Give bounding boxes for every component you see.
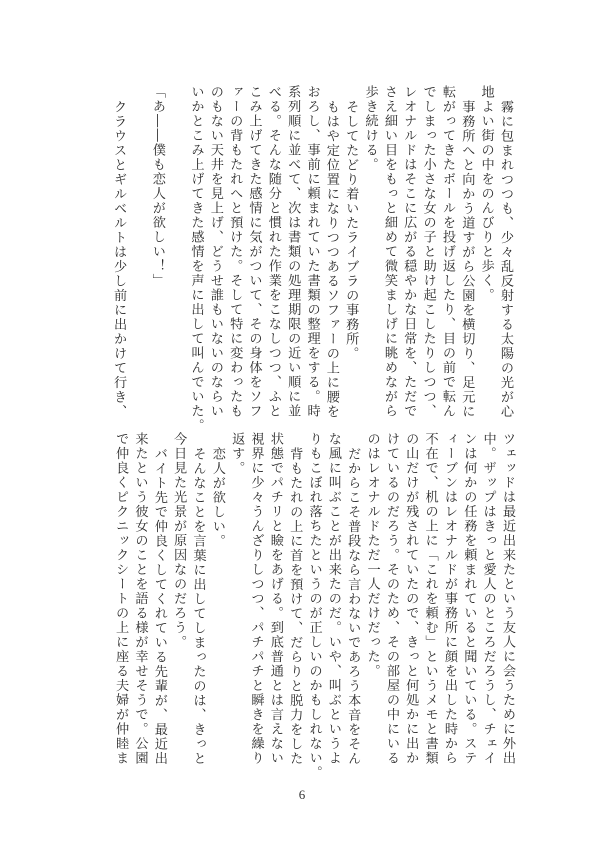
text-line: そしてたどり着いたライブラの事務所。 [341,85,360,415]
text-line: のはレオナルドただ一人だけだった。 [362,432,381,762]
text-line: 地よい街の中をのんびりと歩く。 [476,85,495,415]
text-line: 来たという彼女のことを語る様が幸せそうで。公園 [130,432,149,762]
text-line: ィーブンはレオナルドが事務所に顔を出した時から [440,432,459,762]
text-line: もはや定位置になりつつあるソファーの上に腰を [322,85,341,415]
text-line: 中。ザップはきっと愛人のところだろうし、チェイ [478,432,497,762]
text-line: ンは何かの任務を頼まれていると聞いている。ステ [459,432,478,762]
text-line: おろし、事前に頼まれていた書類の整理をする。時 [302,85,321,415]
text-line: 事務所へと向かう道すがら公園を横切り、足元に [457,85,476,415]
text-line: 視界に少々うんざりしつつ、パチパチと瞬きを繰り [246,432,265,762]
text-line: ァーの背もたれへと預けた。そして特に変わったも [225,85,244,415]
text-line: 今日見た光景が原因なのだろう。 [169,432,188,762]
text-line: 歩き続ける。 [360,85,379,415]
text-line: 転がってきたボールを投げ返したり、目の前で転ん [438,85,457,415]
blank-line [128,85,147,415]
text-line: ツェッドは最近出来たという友人に会うために外出 [498,432,517,762]
page-number: 6 [0,787,600,803]
text-line: 不在で、机の上に「これを頼む」というメモと書類 [420,432,439,762]
text-block-lower: ツェッドは最近出来たという友人に会うために外出中。ザップはきっと愛人のところだろ… [111,432,517,762]
text-line: だからこそ普段なら言わないであろう本音をそん [343,432,362,762]
text-line: 系列順に並べて、次は書類の処理期限の近い順に並 [283,85,302,415]
text-line: そんなことを言葉に出してしまったのは、きっと [188,432,207,762]
text-line: いかとこみ上げてきた感情を声に出して叫んでいた。 [186,85,205,415]
text-line: りもこぼれ落ちたというのが正しいのかもしれない。 [304,432,323,762]
text-line: さえ細い目をもっと細めて微笑ましげに眺めながら [380,85,399,415]
text-line: の山だけが残されていたので、きっと何処かに出か [401,432,420,762]
text-line: 「あ――僕も恋人が欲しい！」 [147,85,166,415]
text-line: で仲良くピクニックシートの上に座る夫婦が仲睦ま [111,432,130,762]
text-line: 返す。 [227,432,246,762]
blank-line [167,85,186,415]
text-line: 背もたれの上に首を預けて、だらりと脱力をした [285,432,304,762]
text-line: な風に叫ぶことが出来たのだ。いや、叫ぶというよ [324,432,343,762]
text-line: バイト先で仲良くしてくれている先輩が、最近出 [149,432,168,762]
text-line: 状態でパチリと瞼をあげる。到底普通とは言えない [266,432,285,762]
text-line: クラウスとギルベルトは少し前に出かけて行き、 [109,85,128,415]
text-line: のもない天井を見上げ、どうせ誰もいないのならい [206,85,225,415]
text-line: べる。そんな随分と慣れた作業をこなしつつ、ふと [264,85,283,415]
text-line: 恋人が欲しい。 [208,432,227,762]
text-line: 霧に包まれつつも、少々乱反射する太陽の光が心 [496,85,515,415]
text-block-upper: 霧に包まれつつも、少々乱反射する太陽の光が心地よい街の中をのんびりと歩く。事務所… [109,85,515,415]
text-line: でしまった小さな女の子と助け起こしたりしつつ、 [418,85,437,415]
text-line: レオナルドはそこに広がる穏やかな日常を、ただで [399,85,418,415]
text-line: けているのだろう。そのため、その部屋の中にいる [382,432,401,762]
text-line: こみ上げてきた感情に気がついて、その身体をソフ [244,85,263,415]
